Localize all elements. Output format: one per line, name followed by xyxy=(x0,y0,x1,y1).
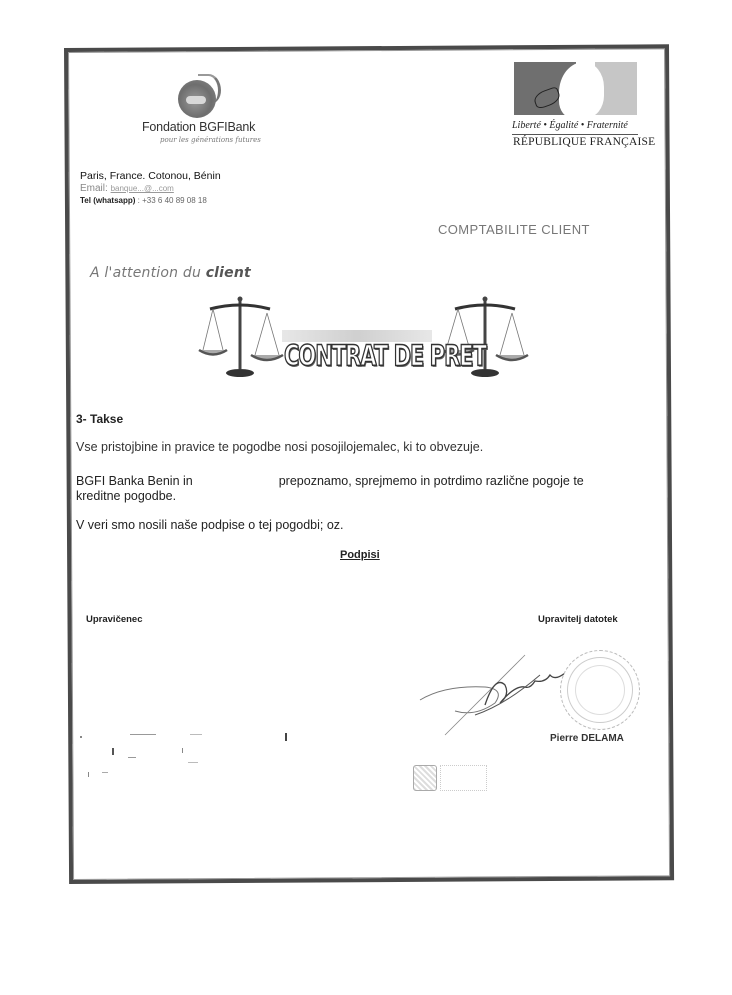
email-link[interactable]: banque...@...com xyxy=(111,184,174,193)
paragraph-acceptance: BGFI Banka Benin inprepoznamo, sprejmemo… xyxy=(76,474,616,504)
marianne-logo-icon xyxy=(514,62,637,115)
contract-title-banner: CONTRAT DE PRET xyxy=(284,340,486,372)
republic-motto: Liberté • Égalité • Fraternité xyxy=(512,120,628,131)
signer-name: Pierre DELAMA xyxy=(550,733,624,744)
signatures-heading: Podpisi xyxy=(340,549,380,561)
scales-of-justice-icon xyxy=(195,295,285,380)
bgfi-swoosh-icon xyxy=(198,74,221,104)
paragraph-fees: Vse pristojbine in pravice te pogodbe no… xyxy=(76,440,483,454)
redacted-signature-area xyxy=(80,730,300,780)
email-label: Email: xyxy=(80,183,108,194)
phone-number: : +33 6 40 89 08 18 xyxy=(138,196,207,205)
phone-line: Tel (whatsapp) : +33 6 40 89 08 18 xyxy=(80,196,207,205)
email-line: Email: banque...@...com xyxy=(80,183,174,194)
logo-divider xyxy=(512,134,638,135)
beneficiary-label: Upravičenec xyxy=(86,614,143,625)
fiscal-stamp-icon xyxy=(413,765,437,791)
round-seal-stamp-icon xyxy=(560,650,640,730)
fiscal-stamp-faded-icon xyxy=(440,765,487,791)
republic-name: RÉPUBLIQUE FRANÇAISE xyxy=(513,136,655,148)
section-heading: 3- Takse xyxy=(76,412,123,426)
file-manager-label: Upravitelj datotek xyxy=(538,614,618,625)
bgfi-logo-tagline: pour les générations futures xyxy=(160,136,261,144)
paragraph-signatures: V veri smo nosili naše podpise o tej pog… xyxy=(76,518,344,532)
address: Paris, France. Cotonou, Bénin xyxy=(80,170,221,182)
department-title: COMPTABILITE CLIENT xyxy=(438,222,590,237)
phone-label: Tel (whatsapp) xyxy=(80,196,135,205)
attention-line: A l'attention du client xyxy=(90,265,251,281)
bgfi-logo-name: Fondation BGFIBank xyxy=(142,120,255,134)
